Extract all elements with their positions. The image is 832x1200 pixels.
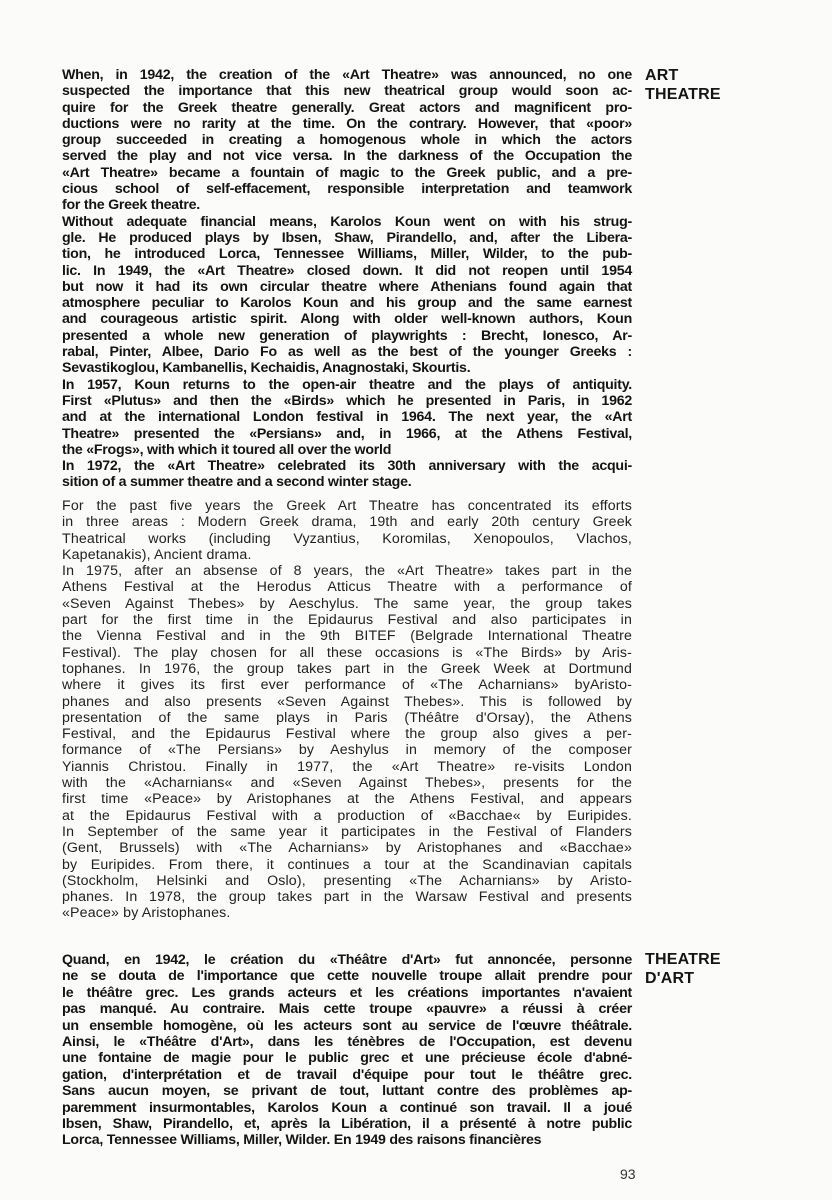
text-line: ductions were no rarity at the time. On … [62, 116, 632, 132]
heading-line: ART [645, 66, 721, 85]
text-line: Without adequate financial means, Karolo… [62, 214, 632, 230]
text-line: and courageous artistic spirit. Along wi… [62, 311, 632, 327]
text-line: presentation of the same plays in Paris … [62, 710, 632, 726]
text-line: cious school of self-effacement, respons… [62, 181, 632, 197]
text-line: for the Greek theatre. [62, 197, 632, 213]
text-line: the «Frogs», with which it toured all ov… [62, 442, 632, 458]
text-line: presented a whole new generation of play… [62, 328, 632, 344]
text-line: (Stockholm, Helsinki and Oslo), presenti… [62, 873, 632, 889]
english-recent-history-text: For the past five years the Greek Art Th… [62, 498, 632, 922]
text-line: «Seven Against Thebes» by Aeschylus. The… [62, 596, 632, 612]
text-line: the Vienna Festival and in the 9th BITEF… [62, 628, 632, 644]
text-line: Sans aucun moyen, se privant de tout, lu… [62, 1083, 632, 1099]
text-line: atmosphere peculiar to Karolos Koun and … [62, 295, 632, 311]
text-line: lic. In 1949, the «Art Theatre» closed d… [62, 263, 632, 279]
text-line: sition of a summer theatre and a second … [62, 474, 632, 490]
text-line: with the «Acharnians« and «Seven Against… [62, 775, 632, 791]
french-text: Quand, en 1942, le création du «Théâtre … [62, 952, 632, 1149]
text-line: Ibsen, Shaw, Pirandello, et, après la Li… [62, 1116, 632, 1132]
text-line: but now it had its own circular theatre … [62, 279, 632, 295]
text-line: phanes. In 1978, the group takes part in… [62, 889, 632, 905]
page-number: 93 [620, 1166, 636, 1182]
text-line: Ainsi, le «Théâtre d'Art», dans les ténè… [62, 1034, 632, 1050]
text-line: (Gent, Brussels) with «The Acharnians» b… [62, 840, 632, 856]
text-line: In 1972, the «Art Theatre» celebrated it… [62, 458, 632, 474]
text-line: Theatrical works (including Vyzantius, K… [62, 531, 632, 547]
text-line: served the play and not vice versa. In t… [62, 148, 632, 164]
text-line: First «Plutus» and then the «Birds» whic… [62, 393, 632, 409]
text-line: In September of the same year it partici… [62, 824, 632, 840]
text-line: gation, d'interprétation et de travail d… [62, 1067, 632, 1083]
text-line: Lorca, Tennessee Williams, Miller, Wilde… [62, 1132, 632, 1148]
text-line: Kapetanakis), Ancient drama. [62, 547, 632, 563]
text-line: first time «Peace» by Aristophanes at th… [62, 791, 632, 807]
text-line: When, in 1942, the creation of the «Art … [62, 67, 632, 83]
text-line: le théâtre grec. Les grands acteurs et l… [62, 985, 632, 1001]
text-line: Yiannis Christou. Finally in 1977, the «… [62, 759, 632, 775]
text-line: Festival, and the Epidaurus Festival whe… [62, 726, 632, 742]
text-line: and at the international London festival… [62, 409, 632, 425]
text-line: For the past five years the Greek Art Th… [62, 498, 632, 514]
text-line: In 1957, Koun returns to the open-air th… [62, 377, 632, 393]
text-line: Sevastikoglou, Kambanellis, Kechaidis, A… [62, 360, 632, 376]
text-line: ne se douta de l'importance que cette no… [62, 968, 632, 984]
text-line: gle. He produced plays by Ibsen, Shaw, P… [62, 230, 632, 246]
text-line: at the Epidaurus Festival with a product… [62, 808, 632, 824]
text-line: part for the first time in the Epidaurus… [62, 612, 632, 628]
text-line: tion, he introduced Lorca, Tennessee Wil… [62, 246, 632, 262]
english-intro-text: When, in 1942, the creation of the «Art … [62, 67, 632, 491]
text-line: un ensemble homogène, où les acteurs son… [62, 1018, 632, 1034]
text-line: phanes and also presents «Seven Against … [62, 694, 632, 710]
text-line: paremment insurmontables, Karolos Koun a… [62, 1100, 632, 1116]
text-line: group succeeded in creating a homogenous… [62, 132, 632, 148]
text-line: Theatre» presented the «Persians» and, i… [62, 426, 632, 442]
text-line: where it gives its first ever performanc… [62, 677, 632, 693]
text-line: formance of «The Persians» by Aeshylus i… [62, 742, 632, 758]
text-line: Athens Festival at the Herodus Atticus T… [62, 579, 632, 595]
section-heading-theatre-dart: THEATRE D'ART [645, 950, 721, 988]
text-line: Quand, en 1942, le création du «Théâtre … [62, 952, 632, 968]
section-heading-art-theatre: ART THEATRE [645, 66, 721, 104]
text-line: pas manqué. Au contraire. Mais cette tro… [62, 1001, 632, 1017]
text-line: «Peace» by Aristophanes. [62, 905, 632, 921]
text-line: une fontaine de magie pour le public gre… [62, 1050, 632, 1066]
heading-line: THEATRE [645, 85, 721, 104]
text-line: quire for the Greek theatre generally. G… [62, 100, 632, 116]
text-line: «Art Theatre» became a fountain of magic… [62, 165, 632, 181]
text-line: rabal, Pinter, Albee, Dario Fo as well a… [62, 344, 632, 360]
heading-line: THEATRE [645, 950, 721, 969]
text-line: in three areas : Modern Greek drama, 19t… [62, 514, 632, 530]
text-line: Festival). The play chosen for all these… [62, 645, 632, 661]
text-line: In 1975, after an absense of 8 years, th… [62, 563, 632, 579]
text-line: by Euripides. From there, it continues a… [62, 857, 632, 873]
text-line: suspected the importance that this new t… [62, 83, 632, 99]
heading-line: D'ART [645, 969, 721, 988]
text-line: tophanes. In 1976, the group takes part … [62, 661, 632, 677]
